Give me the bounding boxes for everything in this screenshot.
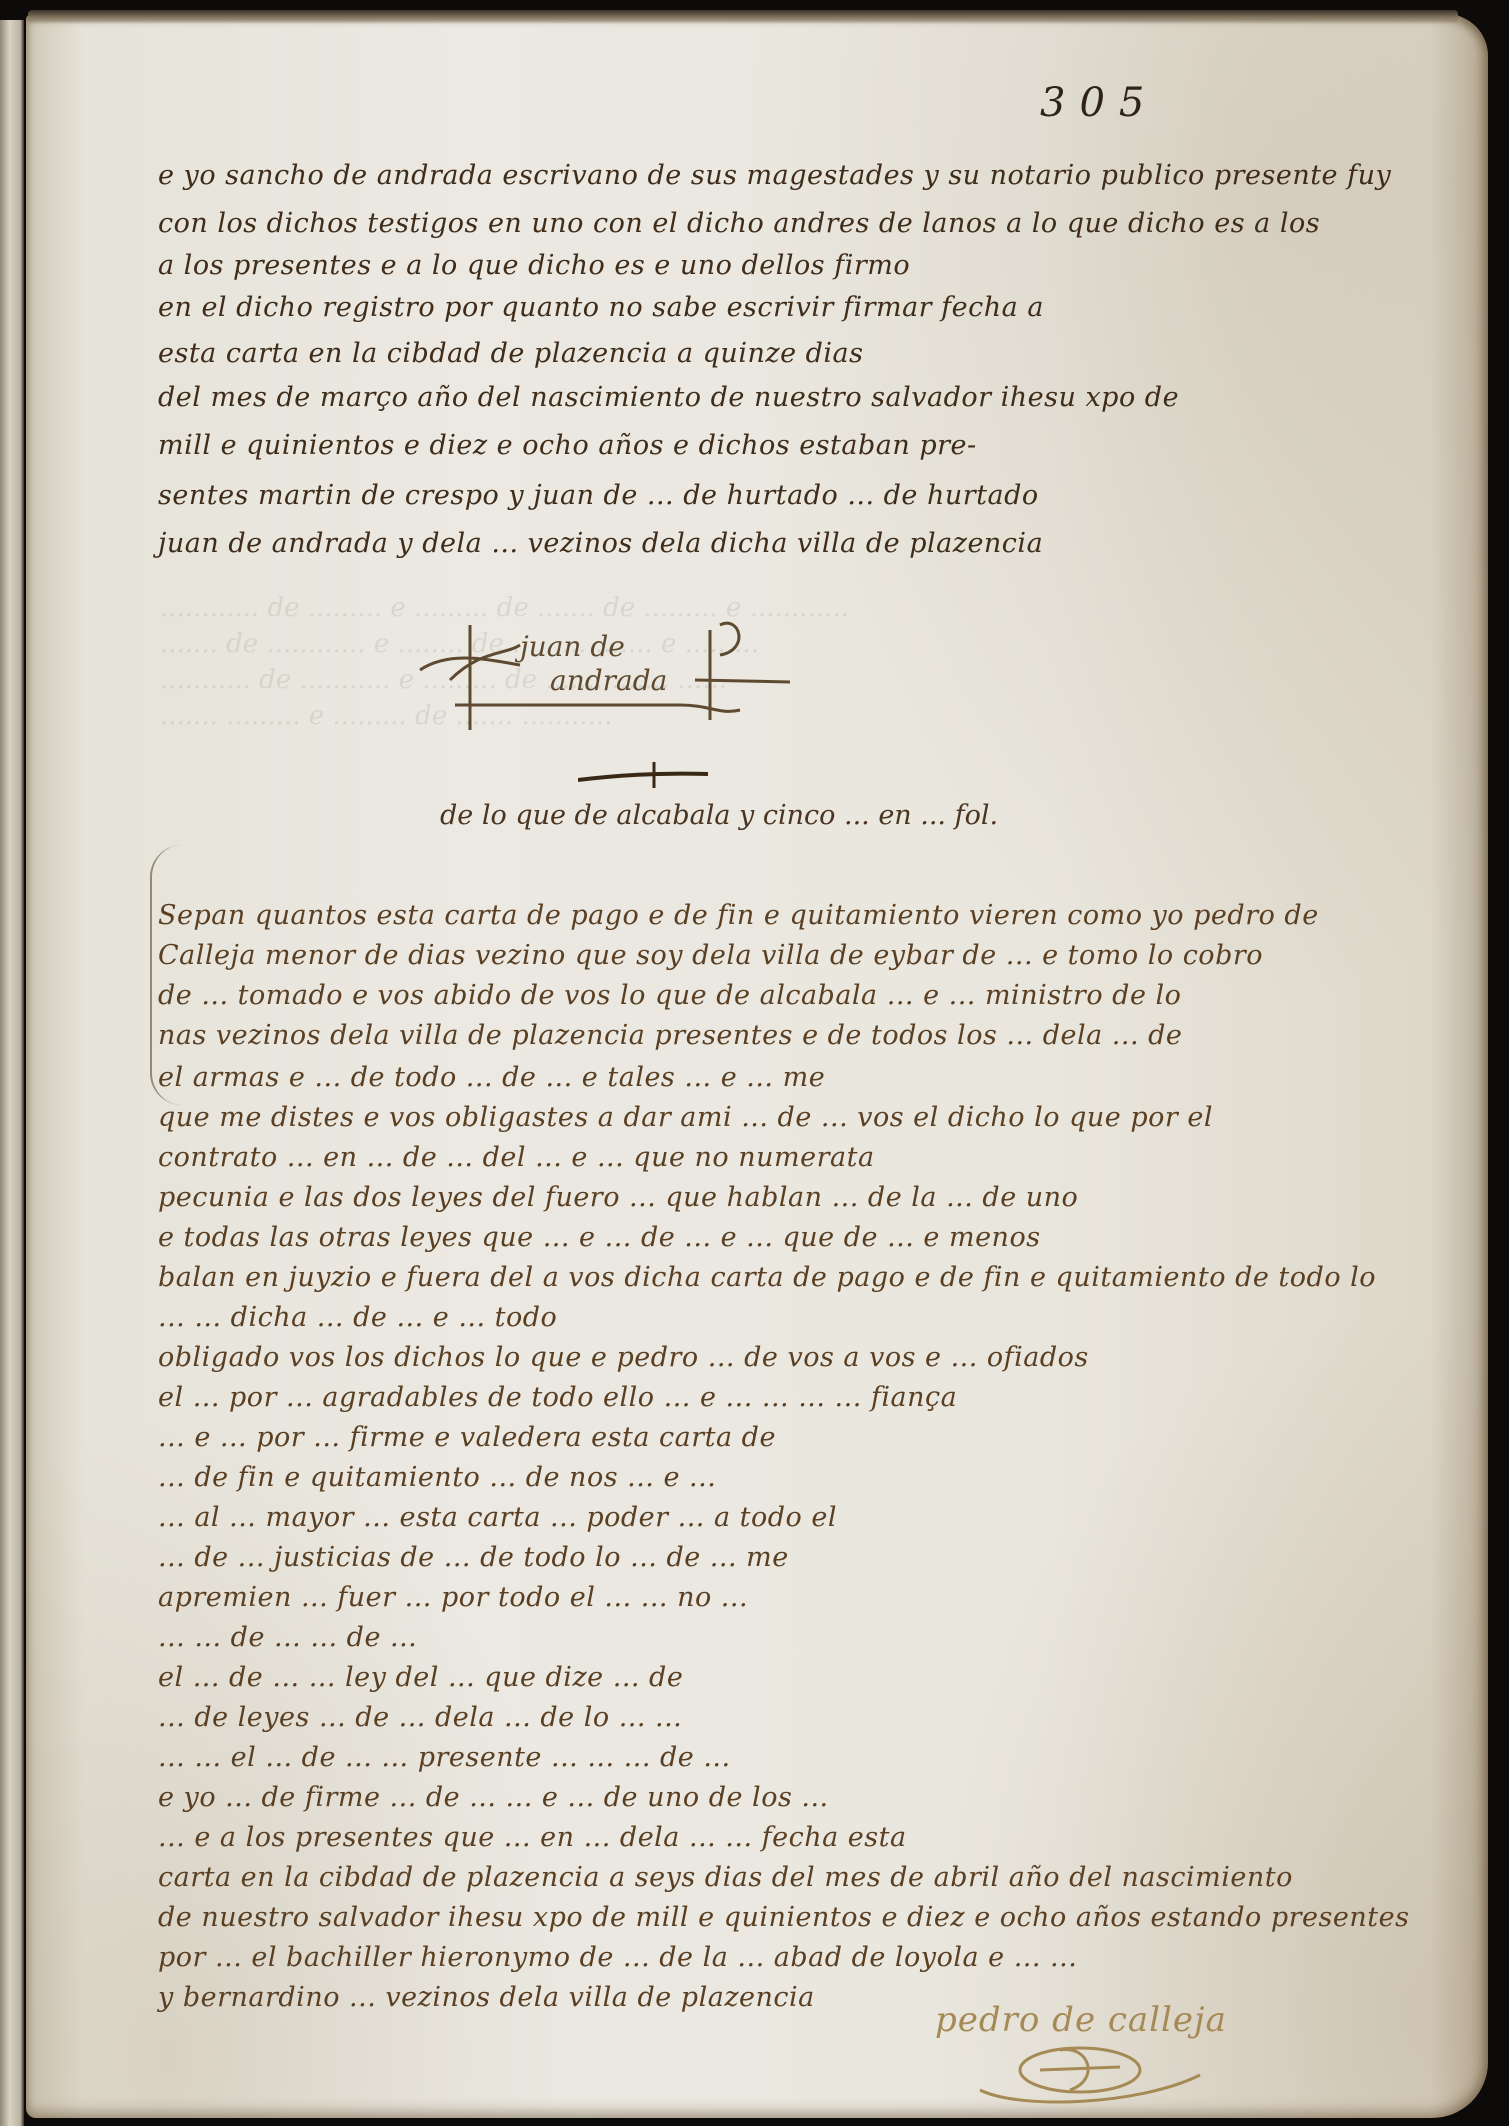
text-line: ... e a los presentes que ... en ... del… (158, 1822, 907, 1853)
text-line: del mes de março año del nascimiento de … (158, 382, 1179, 413)
text-line: ... ... de ... ... de ... (158, 1622, 417, 1653)
text-line: balan en juyzio e fuera del a vos dicha … (158, 1262, 1376, 1293)
notary-rubric: juan de andrada (410, 610, 810, 740)
text-line: apremien ... fuer ... por todo el ... ..… (158, 1582, 748, 1613)
section-heading: de lo que de alcabala y cinco ... en ...… (440, 800, 998, 831)
rubric-line-2: andrada (520, 664, 667, 698)
rubric-line-1: juan de (520, 630, 667, 664)
cross-icon (578, 762, 708, 788)
text-line: nas vezinos dela villa de plazencia pres… (158, 1020, 1182, 1051)
folio-number: 305 (1040, 80, 1158, 126)
text-line: pecunia e las dos leyes del fuero ... qu… (158, 1182, 1078, 1213)
text-line: el armas e ... de todo ... de ... e tale… (158, 1062, 825, 1093)
text-line: con los dichos testigos en uno con el di… (158, 208, 1320, 239)
text-line: esta carta en la cibdad de plazencia a q… (158, 338, 864, 369)
facing-page-edge (0, 20, 24, 2126)
text-line: e yo ... de firme ... de ... ... e ... d… (158, 1782, 829, 1813)
text-line: a los presentes e a lo que dicho es e un… (158, 250, 910, 281)
signature-rubric-icon (960, 2035, 1240, 2115)
text-line: de nuestro salvador ihesu xpo de mill e … (158, 1902, 1409, 1933)
text-line: contrato ... en ... de ... del ... e ...… (158, 1142, 875, 1173)
text-line: ... ... dicha ... de ... e ... todo (158, 1302, 557, 1333)
text-line: en el dicho registro por quanto no sabe … (158, 292, 1044, 323)
text-line: e todas las otras leyes que ... e ... de… (158, 1222, 1041, 1253)
text-line: Sepan quantos esta carta de pago e de fi… (158, 900, 1319, 931)
text-line: mill e quinientos e diez e ocho años e d… (158, 430, 977, 461)
page-top-edge (28, 10, 1458, 24)
text-line: ... de ... justicias de ... de todo lo .… (158, 1542, 789, 1573)
text-line: obligado vos los dichos lo que e pedro .… (158, 1342, 1089, 1373)
text-line: Calleja menor de dias vezino que soy del… (158, 940, 1263, 971)
text-line: e yo sancho de andrada escrivano de sus … (158, 160, 1391, 191)
text-line: juan de andrada y dela ... vezinos dela … (158, 528, 1043, 559)
text-line: y bernardino ... vezinos dela villa de p… (158, 1982, 815, 2013)
text-line: sentes martin de crespo y juan de ... de… (158, 480, 1039, 511)
text-line: que me distes e vos obligastes a dar ami… (158, 1102, 1213, 1133)
text-line: ... al ... mayor ... esta carta ... pode… (158, 1502, 837, 1533)
signature-name: pedro de calleja (935, 2000, 1227, 2040)
text-line: ... de leyes ... de ... dela ... de lo .… (158, 1702, 682, 1733)
text-line: de ... tomado e vos abido de vos lo que … (158, 980, 1181, 1011)
text-line: el ... por ... agradables de todo ello .… (158, 1382, 957, 1413)
text-line: por ... el bachiller hieronymo de ... de… (158, 1942, 1077, 1973)
text-line: carta en la cibdad de plazencia a seys d… (158, 1862, 1293, 1893)
text-line: ... ... el ... de ... ... presente ... .… (158, 1742, 731, 1773)
text-line: ... e ... por ... firme e valedera esta … (158, 1422, 776, 1453)
text-line: el ... de ... ... ley del ... que dize .… (158, 1662, 683, 1693)
text-line: ... de fin e quitamiento ... de nos ... … (158, 1462, 716, 1493)
